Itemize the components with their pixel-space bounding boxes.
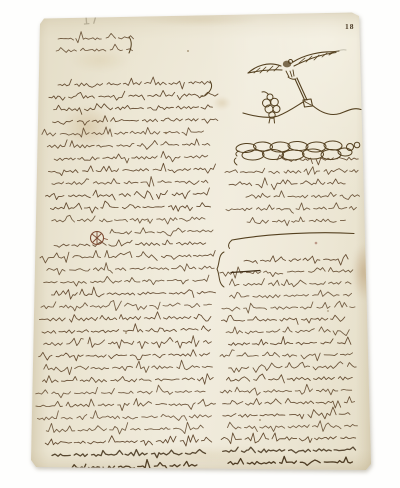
pulley-weight-sketch xyxy=(303,99,313,107)
tether-cord-sketch xyxy=(295,78,307,101)
flourish-strokes xyxy=(129,37,346,96)
folio-number: 18 xyxy=(345,22,355,31)
pencil-number: 17 xyxy=(81,12,99,28)
ground-line-sketch xyxy=(243,102,361,117)
separator-curve xyxy=(229,233,354,249)
photo-background: 17 18 xyxy=(0,0,400,488)
brace-mark xyxy=(217,252,224,287)
ink-specks xyxy=(125,50,329,421)
cloud-band-sketch xyxy=(234,141,360,165)
sketch-layer xyxy=(28,11,373,473)
flying-bird-sketch xyxy=(248,51,339,79)
manuscript-page: 17 18 xyxy=(28,11,373,473)
strikethrough-mark xyxy=(231,271,260,273)
standing-figure-sketch xyxy=(262,92,280,123)
circled-wheel-doodle xyxy=(91,232,108,245)
manuscript-page-wrap: 17 18 xyxy=(28,11,373,473)
